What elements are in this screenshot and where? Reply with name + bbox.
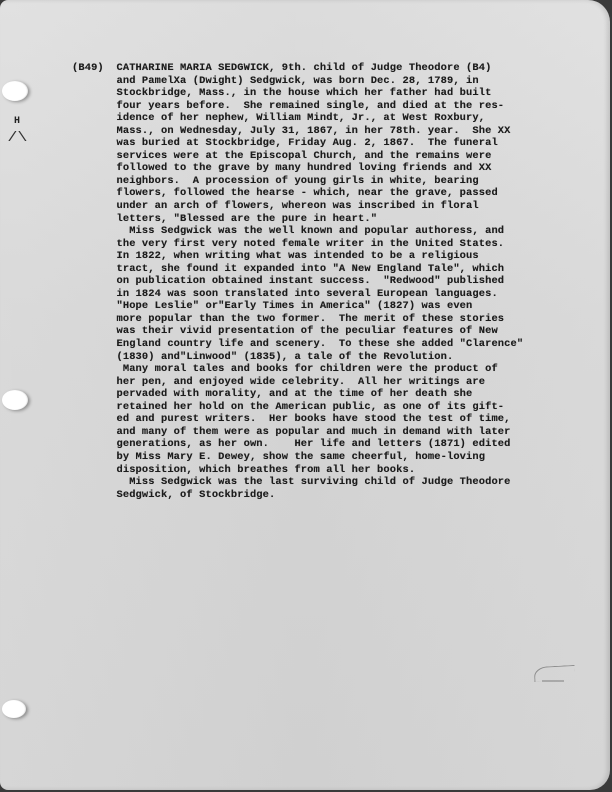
- text-line: her pen, and enjoyed wide celebrity. All…: [72, 376, 602, 389]
- text-line: idence of her nephew, William Mindt, Jr.…: [72, 112, 602, 125]
- text-line: under an arch of flowers, whereon was in…: [72, 200, 602, 213]
- document-page: H /\ (B49) CATHARINE MARIA SEDGWICK, 9th…: [0, 0, 610, 790]
- binder-hole-middle: [2, 390, 28, 410]
- text-line: (B49) CATHARINE MARIA SEDGWICK, 9th. chi…: [72, 62, 602, 75]
- text-line: In 1822, when writing what was intended …: [72, 250, 602, 263]
- text-line: was their vivid presentation of the pecu…: [72, 325, 602, 338]
- text-line: Mass., on Wednesday, July 31, 1867, in h…: [72, 125, 602, 138]
- text-line: England country life and scenery. To the…: [72, 338, 602, 351]
- text-line: was buried at Stockbridge, Friday Aug. 2…: [72, 137, 602, 150]
- text-line: "Hope Leslie" or"Early Times in America"…: [72, 300, 602, 313]
- text-line: flowers, followed the hearse - which, ne…: [72, 187, 602, 200]
- text-line: Sedgwick, of Stockbridge.: [72, 489, 602, 502]
- text-line: by Miss Mary E. Dewey, show the same che…: [72, 451, 602, 464]
- text-line: more popular than the two former. The me…: [72, 313, 602, 326]
- text-line: the very first very noted female writer …: [72, 238, 602, 251]
- text-line: Miss Sedgwick was the well known and pop…: [72, 225, 602, 238]
- binder-hole-top: [2, 81, 28, 101]
- text-line: generations, as her own. Her life and le…: [72, 438, 602, 451]
- text-line: and many of them were as popular and muc…: [72, 426, 602, 439]
- binder-hole-bottom: [2, 700, 26, 718]
- text-line: in 1824 was soon translated into several…: [72, 288, 602, 301]
- text-line: on publication obtained instant success.…: [72, 275, 602, 288]
- text-line: Stockbridge, Mass., in the house which h…: [72, 87, 602, 100]
- text-line: Many moral tales and books for children …: [72, 363, 602, 376]
- margin-annotation-letter: H: [14, 116, 20, 127]
- text-line: four years before. She remained single, …: [72, 100, 602, 113]
- text-line: tract, she found it expanded into "A New…: [72, 263, 602, 276]
- typewritten-text-body: (B49) CATHARINE MARIA SEDGWICK, 9th. chi…: [72, 62, 602, 501]
- text-line: and PamelXa (Dwight) Sedgwick, was born …: [72, 75, 602, 88]
- text-line: disposition, which breathes from all her…: [72, 464, 602, 477]
- text-line: pervaded with morality, and at the time …: [72, 388, 602, 401]
- text-line: retained her hold on the American public…: [72, 401, 602, 414]
- text-line: services were at the Episcopal Church, a…: [72, 150, 602, 163]
- text-line: followed to the grave by many hundred lo…: [72, 162, 602, 175]
- text-line: (1830) and"Linwood" (1835), a tale of th…: [72, 351, 602, 364]
- text-line: ed and purest writers. Her books have st…: [72, 413, 602, 426]
- text-line: neighbors. A procession of young girls i…: [72, 175, 602, 188]
- text-line: letters, "Blessed are the pure in heart.…: [72, 213, 602, 226]
- margin-annotation-caret: /\: [7, 130, 27, 146]
- text-line: Miss Sedgwick was the last surviving chi…: [72, 476, 602, 489]
- pencil-smudge-mark: [542, 680, 564, 682]
